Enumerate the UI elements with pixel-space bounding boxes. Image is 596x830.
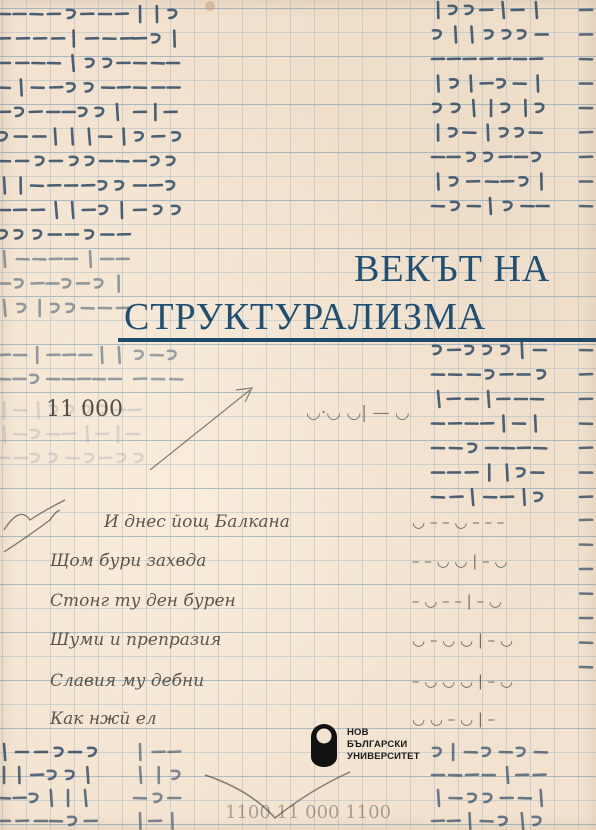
title-underline	[118, 338, 596, 342]
book-cover: 11 000◡·◡ ◡| — ◡И днес йощ БалканаЩом бу…	[0, 0, 596, 830]
publisher-imprint: НОВ БЪЛГАРСКИ УНИВЕРСИТЕТ	[308, 720, 458, 770]
graph-paper-grid	[0, 0, 596, 830]
publisher-name-line-3: УНИВЕРСИТЕТ	[347, 751, 420, 763]
book-title-line-1: ВЕКЪТ НА	[354, 250, 550, 288]
nbu-logo-icon	[308, 723, 340, 767]
publisher-name-line-1: НОВ	[347, 727, 420, 739]
title-block: ВЕКЪТ НА СТРУКТУРАЛИЗМА	[118, 242, 596, 342]
book-title-line-2: СТРУКТУРАЛИЗМА	[124, 298, 486, 336]
publisher-name-line-2: БЪЛГАРСКИ	[347, 739, 420, 751]
